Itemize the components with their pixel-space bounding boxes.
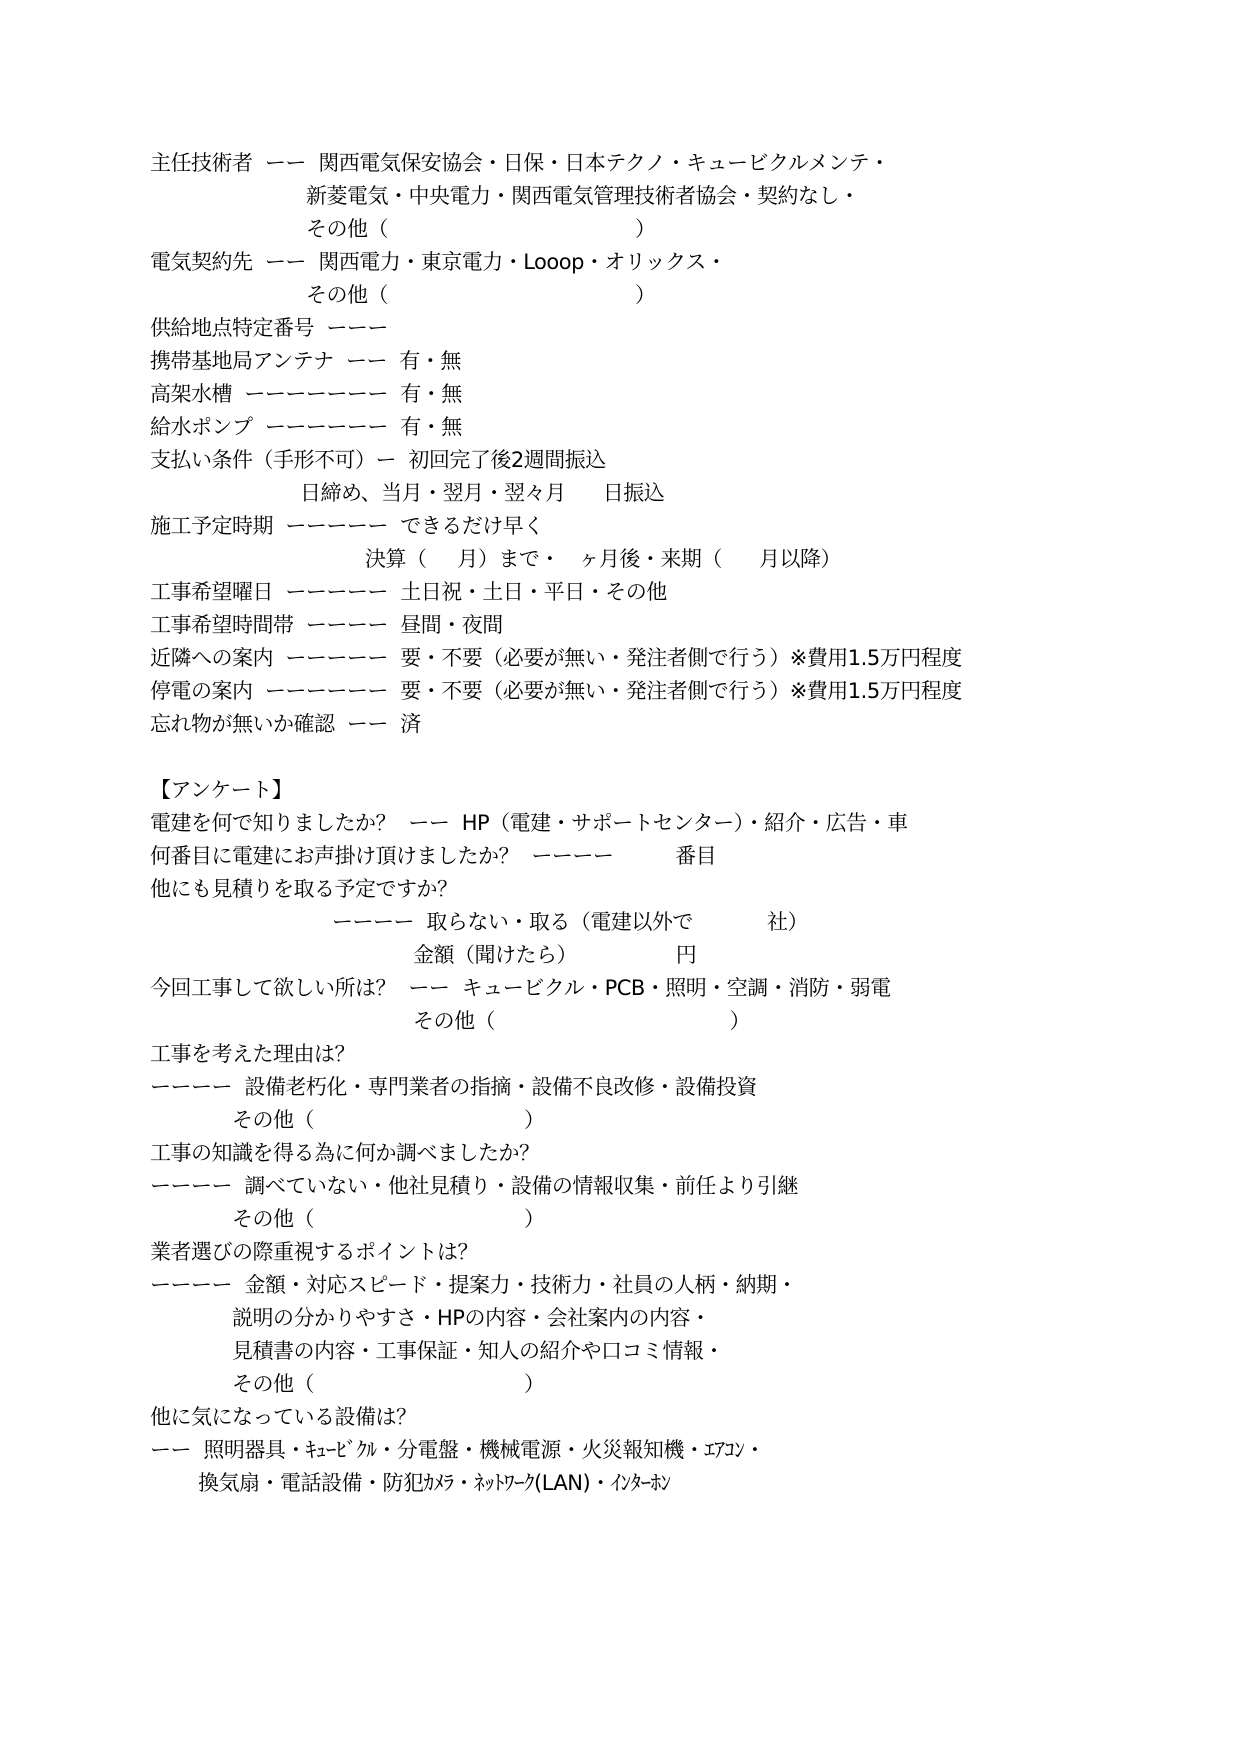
text-line: 近隣への案内 ーーーーー 要・不要（必要が無い・発注者側で行う）※費用1.5万円… [150,645,962,671]
text-line: 日締め、当月・翌月・翌々月 日振込 [300,480,664,506]
text-line: 他にも見積りを取る予定ですか？ [150,876,458,902]
text-line: ーーーー 調べていない・他社見積り・設備の情報収集・前任より引継 [150,1173,798,1199]
text-line: 高架水槽 ーーーーーーー 有・無 [150,381,462,407]
text-line: 供給地点特定番号 ーーー [150,315,388,341]
text-line: 電気契約先 ーー 関西電力・東京電力・Looop・オリックス・ [150,249,726,275]
text-line: その他（ ） [306,216,656,242]
text-line: 忘れ物が無いか確認 ーー 済 [150,711,421,737]
text-line: その他（ ） [232,1107,544,1133]
text-line: 工事の知識を得る為に何か調べましたか？ [150,1140,540,1166]
text-line: 業者選びの際重視するポイントは？ [150,1239,478,1265]
text-line: 支払い条件（手形不可）ー 初回完了後2週間振込 [150,447,606,473]
text-line: 主任技術者 ーー 関西電気保安協会・日保・日本テクノ・キュービクルメンテ・ [150,150,890,176]
text-line: 説明の分かりやすさ・HPの内容・会社案内の内容・ [232,1305,710,1331]
text-line: 決算（ 月）まで・ ヶ月後・来期（ 月以降） [365,546,841,572]
text-line: 金額（聞けたら） 円 [413,942,696,968]
text-line: 施工予定時期 ーーーーー できるだけ早く [150,513,544,539]
text-line: 【アンケート】 [150,777,292,803]
text-line: ーーーー 金額・対応スピード・提案力・技術力・社員の人柄・納期・ [150,1272,797,1298]
text-line: その他（ ） [232,1371,544,1397]
text-line: その他（ ） [306,282,656,308]
text-line: 何番目に電建にお声掛け頂けましたか？ ーーーー 番目 [150,843,716,869]
text-line: 見積書の内容・工事保証・知人の紹介や口コミ情報・ [232,1338,724,1364]
text-line: その他（ ） [413,1008,750,1034]
text-line: 携帯基地局アンテナ ーー 有・無 [150,348,461,374]
text-line: 給水ポンプ ーーーーーー 有・無 [150,414,462,440]
document-page: 主任技術者 ーー 関西電気保安協会・日保・日本テクノ・キュービクルメンテ・新菱電… [0,0,1241,1754]
text-line: 工事希望時間帯 ーーーー 昼間・夜間 [150,612,503,638]
text-line: 工事を考えた理由は？ [150,1041,355,1067]
text-line: 換気扇・電話設備・防犯ｶﾒﾗ・ﾈｯﾄﾜｰｸ(LAN)・ｲﾝﾀｰﾎﾝ [198,1470,671,1496]
text-line: ーー 照明器具・ｷｭｰﾋﾞｸﾙ・分電盤・機械電源・火災報知機・ｴｱｺﾝ・ [150,1437,765,1463]
text-line: 停電の案内 ーーーーーー 要・不要（必要が無い・発注者側で行う）※費用1.5万円… [150,678,962,704]
text-line: 他に気になっている設備は？ [150,1404,417,1430]
text-line: 電建を何で知りましたか？ ーー HP（電建・サポートセンター）・紹介・広告・車 [150,810,908,836]
text-line: 工事希望曜日 ーーーーー 土日祝・土日・平日・その他 [150,579,667,605]
text-line: その他（ ） [232,1206,544,1232]
text-line: ーーーー 取らない・取る（電建以外で 社） [332,909,808,935]
text-line: 新菱電気・中央電力・関西電気管理技術者協会・契約なし・ [306,183,860,209]
text-line: 今回工事して欲しい所は？ ーー キュービクル・PCB・照明・空調・消防・弱電 [150,975,891,1001]
text-line: ーーーー 設備老朽化・専門業者の指摘・設備不良改修・設備投資 [150,1074,757,1100]
